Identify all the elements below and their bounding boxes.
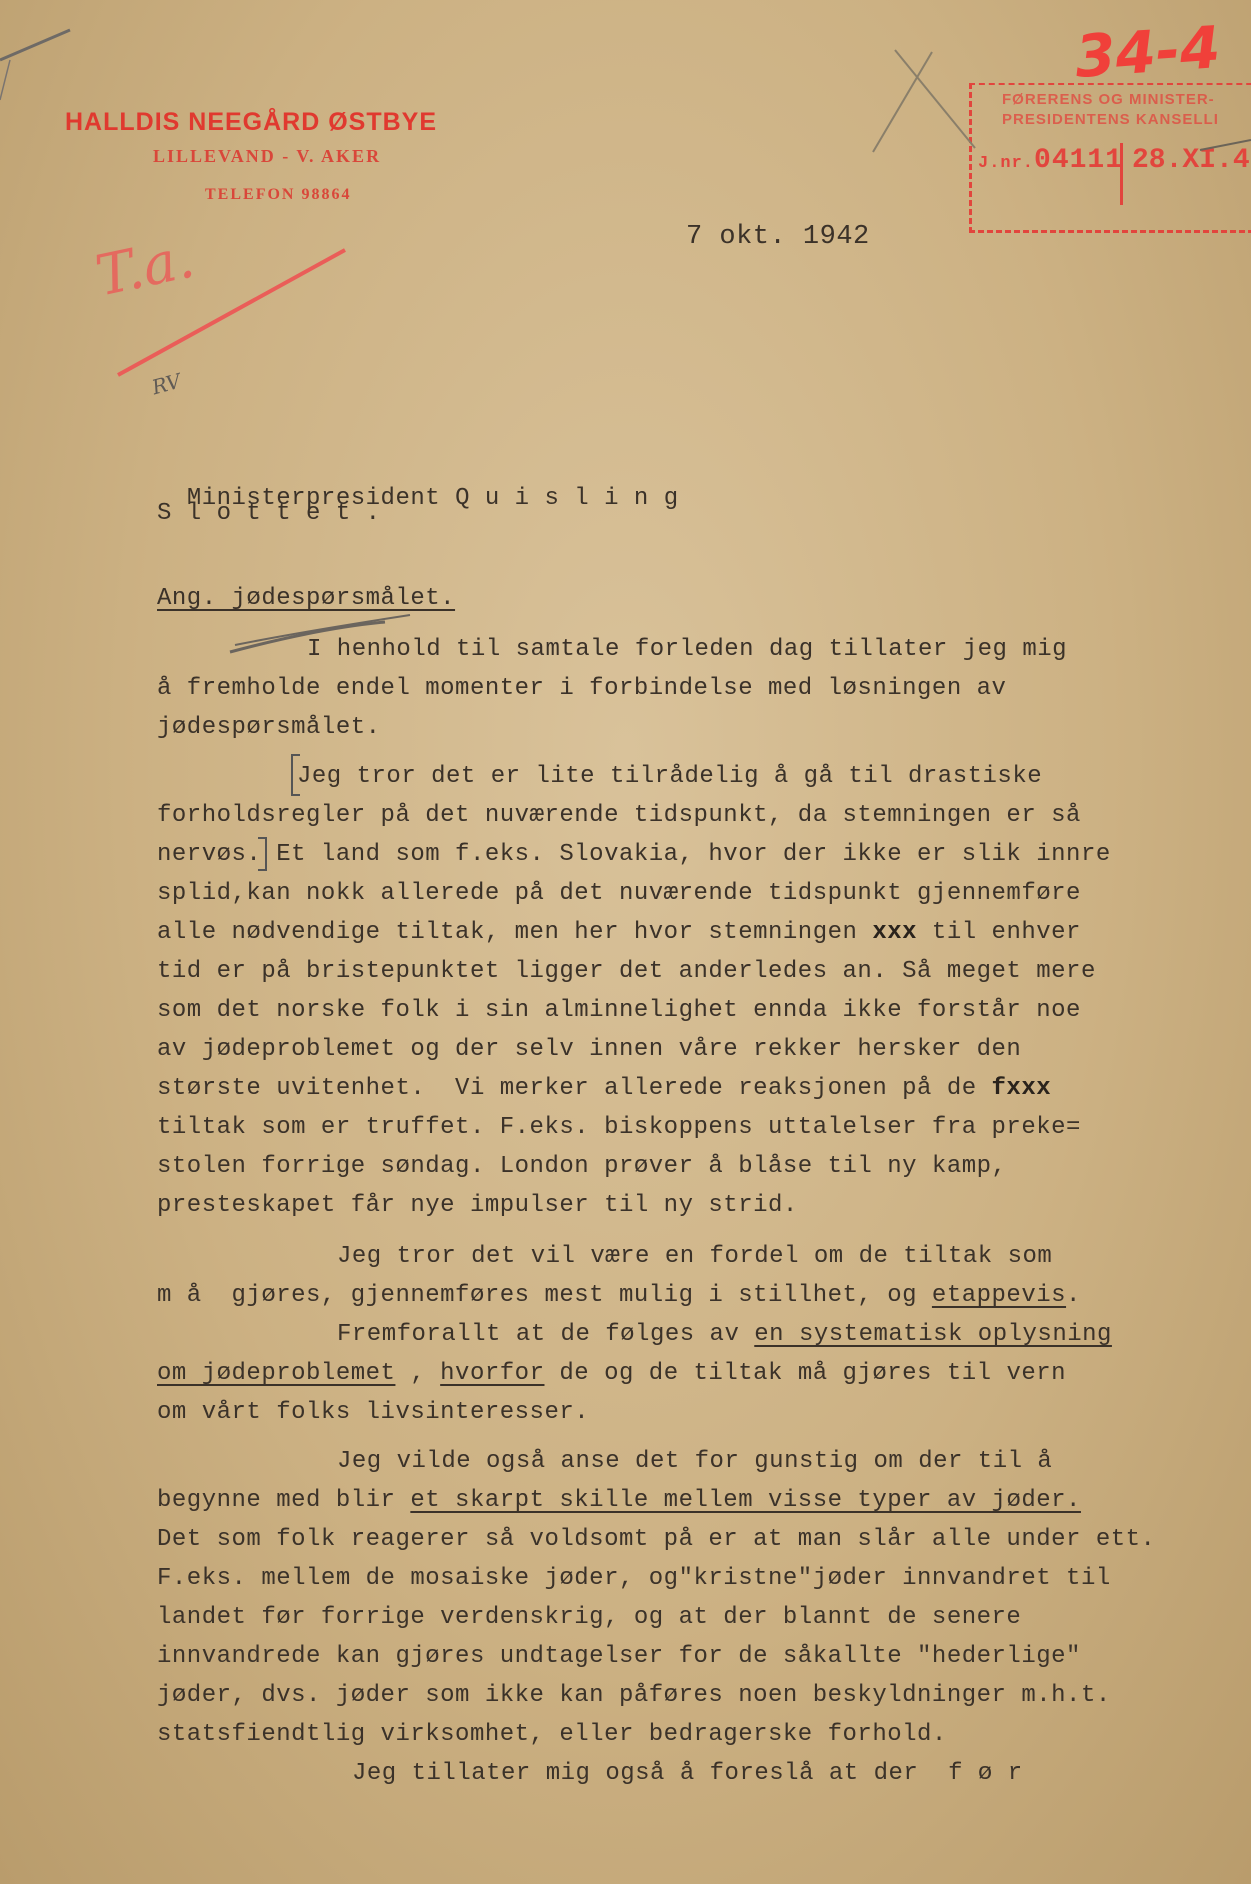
body-line: landet før forrige verdenskrig, og at de… [157,1604,1021,1631]
subject-line: Ang. jødespørsmålet. [157,585,455,612]
body-text: Jeg tror det er lite tilrådelig å gå til… [297,763,1042,790]
body-line: som det norske folk i sin alminnelighet … [157,997,1081,1024]
stamp-line-1: FØRERENS OG MINISTER- [1002,91,1215,108]
pencil-stroke-top-left [0,30,70,60]
pencil-x-mark-a [895,50,975,148]
struck-out-text: fxxx [992,1075,1052,1102]
body-text: begynne med blir [157,1487,410,1514]
stamp-journal-number: 04111 [1034,145,1123,176]
letterhead-telephone: TELEFON 98864 [205,186,351,204]
body-line: Jeg tror det vil være en fordel om de ti… [337,1243,1052,1270]
recipient-line-2: S l o t t e t . [157,500,381,527]
body-line: begynne med blir et skarpt skille mellem… [157,1487,1081,1514]
body-text: tid er på bristepunktet ligger det ander… [157,958,1096,985]
recipient-name: Q u i s l i n g [455,485,679,512]
body-text: innvandrede kan gjøres undtagelser for d… [157,1643,1081,1670]
received-stamp: FØRERENS OG MINISTER- PRESIDENTENS KANSE… [969,83,1251,233]
body-text: å fremholde endel momenter i forbindelse… [157,675,1006,702]
body-line: m å gjøres, gjennemføres mest mulig i st… [157,1282,1081,1309]
body-line: presteskapet får nye impulser til ny str… [157,1192,798,1219]
body-text: splid,kan nokk allerede på det nuværende… [157,880,1081,907]
letterhead-address: LILLEVAND - V. AKER [153,146,381,167]
body-text: Jeg tror det vil være en fordel om de ti… [337,1243,1052,1270]
body-text: . [1066,1282,1081,1309]
body-line: Fremforallt at de følges av en systemati… [337,1321,1112,1348]
body-line: stolen forrige søndag. London prøver å b… [157,1153,1006,1180]
body-text: alle nødvendige tiltak, men her hvor ste… [157,919,872,946]
body-line: tid er på bristepunktet ligger det ander… [157,958,1096,985]
body-text: om vårt folks livsinteresser. [157,1399,589,1426]
body-line: Jeg tror det er lite tilrådelig å gå til… [297,763,1042,790]
body-text: stolen forrige søndag. London prøver å b… [157,1153,1006,1180]
body-text: Jeg vilde også anse det for gunstig om d… [337,1448,1052,1475]
body-line: nervøs. Et land som f.eks. Slovakia, hvo… [157,841,1111,868]
letterhead-name: HALLDIS NEEGÅRD ØSTBYE [65,108,437,137]
stamp-line-2: PRESIDENTENS KANSELLI [1002,111,1219,128]
body-text: til enhver [917,919,1081,946]
body-line: F.eks. mellem de mosaiske jøder, og"kris… [157,1565,1111,1592]
body-line: å fremholde endel momenter i forbindelse… [157,675,1006,702]
body-text: landet før forrige verdenskrig, og at de… [157,1604,1021,1631]
body-line: statsfiendtlig virksomhet, eller bedrage… [157,1721,947,1748]
body-text: nervøs. Et land som f.eks. Slovakia, hvo… [157,841,1111,868]
body-text: jødespørsmålet. [157,714,381,741]
underlined-text: hvorfor [440,1360,544,1387]
body-text: m å gjøres, gjennemføres mest mulig i st… [157,1282,932,1309]
body-text: jøder, dvs. jøder som ikke kan påføres n… [157,1682,1111,1709]
body-text: største uvitenhet. Vi merker allerede re… [157,1075,992,1102]
body-text: forholdsregler på det nuværende tidspunk… [157,802,1081,829]
letter-date: 7 okt. 1942 [686,222,870,252]
body-line: I henhold til samtale forleden dag tilla… [307,636,1067,663]
body-text: statsfiendtlig virksomhet, eller bedrage… [157,1721,947,1748]
pencil-initials: RV [149,369,183,400]
body-line: jødespørsmålet. [157,714,381,741]
body-text: Fremforallt at de følges av [337,1321,754,1348]
red-ta-annotation: T.a. [90,226,199,310]
stamp-date: 28.XI.42 [1132,145,1251,176]
body-text: I henhold til samtale forleden dag tilla… [307,636,1067,663]
body-line: alle nødvendige tiltak, men her hvor ste… [157,919,1081,946]
underlined-text: etappevis [932,1282,1066,1309]
body-line: jøder, dvs. jøder som ikke kan påføres n… [157,1682,1111,1709]
stamp-journal-label: J.nr. [978,154,1034,173]
body-line: tiltak som er truffet. F.eks. biskoppens… [157,1114,1081,1141]
stamp-divider [1120,143,1123,205]
red-archive-number: 34-4 [1073,13,1223,91]
body-line: Jeg tillater mig også å foreslå at der f… [352,1760,1023,1787]
body-text: , [395,1360,440,1387]
body-line: største uvitenhet. Vi merker allerede re… [157,1075,1051,1102]
underlined-text: om jødeproblemet [157,1360,395,1387]
pencil-stroke-edge [0,60,10,100]
body-text: Det som folk reagerer så voldsomt på er … [157,1526,1155,1553]
body-line: om vårt folks livsinteresser. [157,1399,589,1426]
body-line: innvandrede kan gjøres undtagelser for d… [157,1643,1081,1670]
pencil-x-mark-b [873,52,932,152]
body-line: forholdsregler på det nuværende tidspunk… [157,802,1081,829]
struck-out-text: xxx [872,919,917,946]
body-line: om jødeproblemet , hvorfor de og de tilt… [157,1360,1066,1387]
body-text: de og de tiltak må gjøres til vern [544,1360,1066,1387]
body-text: som det norske folk i sin alminnelighet … [157,997,1081,1024]
stamp-journal: J.nr.04111 [978,145,1123,176]
underlined-text: et skarpt skille mellem visse typer av j… [410,1487,1081,1514]
body-line: Jeg vilde også anse det for gunstig om d… [337,1448,1052,1475]
body-text: Jeg tillater mig også å foreslå at der f… [352,1760,1023,1787]
body-text: tiltak som er truffet. F.eks. biskoppens… [157,1114,1081,1141]
body-text: av jødeproblemet og der selv innen våre … [157,1036,1021,1063]
underlined-text: en systematisk oplysning [754,1321,1112,1348]
body-text: presteskapet får nye impulser til ny str… [157,1192,798,1219]
body-text: F.eks. mellem de mosaiske jøder, og"kris… [157,1565,1111,1592]
body-line: av jødeproblemet og der selv innen våre … [157,1036,1021,1063]
body-line: splid,kan nokk allerede på det nuværende… [157,880,1081,907]
body-line: Det som folk reagerer så voldsomt på er … [157,1526,1155,1553]
